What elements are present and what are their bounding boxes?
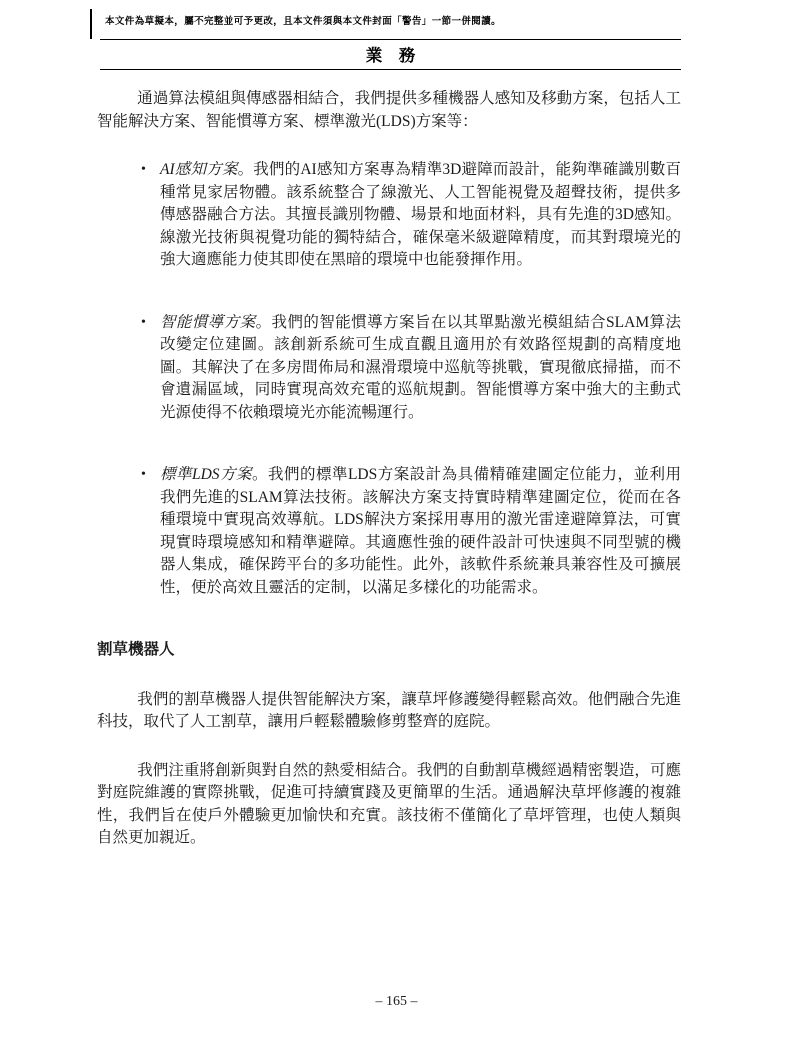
page-title: 業 務 (366, 46, 416, 65)
list-item: • 標準LDS方案。我們的標準LDS方案設計為具備精確建圖定位能力，並利用我們先… (97, 464, 681, 599)
intro-paragraph: 通過算法模組與傳感器相結合，我們提供多種機器人感知及移動方案，包括人工智能解決方… (97, 88, 681, 133)
section-heading-lawn-mowing-robot: 割草機器人 (97, 639, 681, 662)
bullet-icon: • (141, 312, 146, 335)
bullet-body: 。我們的標準LDS方案設計為具備精確建圖定位能力，並利用我們先進的SLAM算法技… (160, 466, 681, 596)
revision-change-bar (90, 9, 92, 39)
section-title-box: 業 務 (100, 39, 681, 70)
list-item: • AI感知方案。我們的AI感知方案專為精準3D避障而設計，能夠準確識別數百種常… (97, 159, 681, 272)
solutions-list: • AI感知方案。我們的AI感知方案專為精準3D避障而設計，能夠準確識別數百種常… (97, 159, 681, 599)
bullet-lead: 智能慣導方案 (160, 314, 256, 331)
bullet-lead: 標準LDS方案 (160, 466, 252, 483)
draft-warning-text: 本文件為草擬本，屬不完整並可予更改，且本文件須與本文件封面「警告」一節一併閱讀。 (105, 13, 685, 27)
bullet-icon: • (141, 159, 146, 182)
bullet-icon: • (141, 464, 146, 487)
document-page: 本文件為草擬本，屬不完整並可予更改，且本文件須與本文件封面「警告」一節一併閱讀。… (0, 0, 793, 1058)
body-paragraph: 我們的割草機器人提供智能解決方案，讓草坪修護變得輕鬆高效。他們融合先進科技，取代… (97, 689, 681, 734)
list-item: • 智能慣導方案。我們的智能慣導方案旨在以其單點激光模組結合SLAM算法改變定位… (97, 312, 681, 425)
page-number: – 165 – (0, 994, 793, 1010)
bullet-body: 。我們的AI感知方案專為精準3D避障而設計，能夠準確識別數百種常見家居物體。該系… (160, 161, 681, 268)
page-content: 通過算法模組與傳感器相結合，我們提供多種機器人感知及移動方案，包括人工智能解決方… (97, 88, 681, 876)
bullet-lead: AI感知方案 (160, 161, 238, 178)
body-paragraph: 我們注重將創新與對自然的熱愛相結合。我們的自動割草機經過精密製造，可應對庭院維護… (97, 760, 681, 850)
